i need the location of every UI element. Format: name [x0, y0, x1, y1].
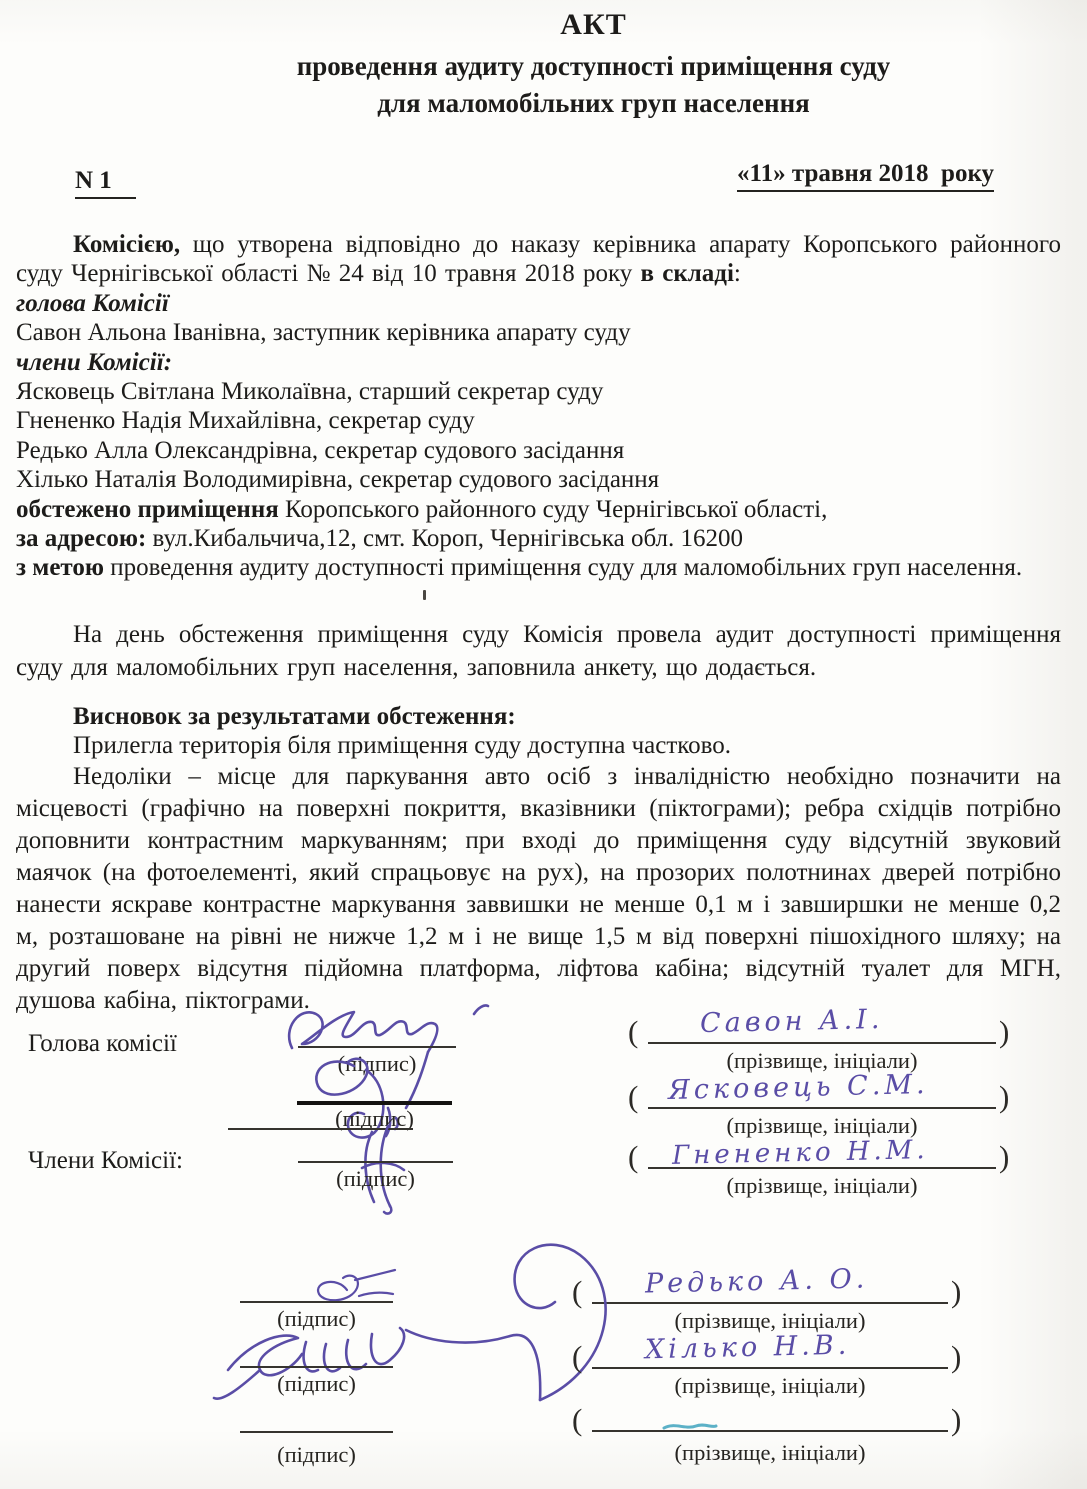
- document-title: АКТ: [120, 8, 1067, 42]
- name-caption: (прізвище, ініціали): [592, 1440, 948, 1466]
- member-handwritten-name: Хілько Н.В.: [645, 1330, 851, 1366]
- address-line: за адресою: вул.Кибальчича,12, смт. Коро…: [16, 524, 1061, 553]
- chair-handwritten-name: Савон А.І.: [700, 1004, 884, 1039]
- close-paren: ): [951, 1402, 961, 1438]
- signature-caption: (підпис): [298, 1166, 453, 1192]
- open-paren: (: [628, 1079, 638, 1115]
- audit-paragraph: На день обстеження приміщення суду Коміс…: [16, 618, 1061, 684]
- member-handwritten-name: Ясковець С.М.: [668, 1069, 929, 1106]
- address-text: вул.Кибальчича,12, смт. Короп, Чернігівс…: [146, 525, 743, 552]
- intro-composition-colon: :: [734, 260, 741, 287]
- member-handwritten-name: Гнененко Н.М.: [672, 1135, 929, 1171]
- close-paren: ): [951, 1274, 961, 1310]
- members-signature-label: Члени Комісії:: [28, 1147, 183, 1175]
- chair-heading: голова Комісії: [16, 289, 1061, 318]
- close-paren: ): [999, 1079, 1009, 1115]
- name-caption: (прізвище, ініціали): [592, 1373, 948, 1399]
- signature-line: [298, 1161, 453, 1163]
- open-paren: (: [572, 1339, 582, 1375]
- name-caption: (прізвище, ініціали): [648, 1048, 996, 1074]
- chair-signature-label: Голова комісії: [28, 1030, 177, 1058]
- signature-caption: (підпис): [240, 1442, 393, 1468]
- name-line: [648, 1167, 996, 1169]
- surveyed-line: обстежено приміщення Коропського районно…: [16, 495, 1061, 524]
- member-line: Ясковець Світлана Миколаївна, старший се…: [16, 377, 1061, 406]
- member-line: Редько Алла Олександрівна, секретар судо…: [16, 436, 1061, 465]
- purpose-bold: з метою: [16, 554, 104, 581]
- member-line: Хілько Наталія Володимирівна, секретар с…: [16, 465, 1061, 494]
- members-heading: члени Комісії:: [16, 348, 1061, 377]
- scanned-document-page: АКТ проведення аудиту доступності приміщ…: [0, 0, 1087, 1489]
- name-line: [592, 1430, 948, 1432]
- signature-line: [240, 1366, 393, 1368]
- address-bold: за адресою:: [16, 525, 146, 552]
- open-paren: (: [628, 1014, 638, 1050]
- name-line: [648, 1107, 996, 1109]
- purpose-text: проведення аудиту доступності приміщення…: [104, 554, 1022, 581]
- name-line: [592, 1302, 948, 1304]
- name-line: [648, 1042, 996, 1044]
- surveyed-text: Коропського районного суду Чернігівської…: [279, 496, 828, 523]
- act-date: «11» травня 2018 року: [737, 160, 994, 192]
- stray-ink-mark: [423, 590, 426, 600]
- conclusion-summary: Прилегла територія біля приміщення суду …: [16, 731, 1061, 760]
- intro-composition-bold: в складі: [641, 260, 734, 287]
- purpose-line: з метою проведення аудиту доступності пр…: [16, 553, 1061, 582]
- close-paren: ): [999, 1139, 1009, 1175]
- signature-line: [297, 1101, 452, 1105]
- surveyed-bold: обстежено приміщення: [16, 496, 279, 523]
- act-number: N 1: [75, 167, 136, 199]
- document-subtitle-line2: для маломобільних груп населення: [120, 85, 1067, 122]
- member-line: Гнененко Надія Михайлівна, секретар суду: [16, 406, 1061, 435]
- document-body: Комісією, що утворена відповідно до нака…: [16, 230, 1061, 1017]
- close-paren: ): [951, 1339, 961, 1375]
- open-paren: (: [572, 1402, 582, 1438]
- signature-line: [240, 1431, 393, 1433]
- open-paren: (: [628, 1139, 638, 1175]
- intro-lead-bold: Комісією,: [73, 231, 180, 258]
- intro-paragraph: Комісією, що утворена відповідно до нака…: [16, 230, 1061, 289]
- document-subtitle-line1: проведення аудиту доступності приміщення…: [120, 48, 1067, 85]
- conclusion-heading: Висновок за результатами обстеження:: [16, 702, 1061, 731]
- member-handwritten-name: Редько А. О.: [645, 1263, 869, 1299]
- name-line: [592, 1367, 948, 1369]
- defects-paragraph: Недоліки – місце для паркування авто осі…: [16, 761, 1061, 1017]
- name-caption: (прізвище, ініціали): [592, 1308, 948, 1334]
- document-title-block: АКТ проведення аудиту доступності приміщ…: [120, 8, 1067, 122]
- close-paren: ): [999, 1014, 1009, 1050]
- name-caption: (прізвище, ініціали): [648, 1113, 996, 1139]
- signature-caption: (підпис): [240, 1371, 393, 1397]
- chair-name-line: Савон Альона Іванівна, заступник керівни…: [16, 318, 1061, 347]
- name-caption: (прізвище, ініціали): [648, 1173, 996, 1199]
- stray-ink-smudge: [660, 1420, 720, 1434]
